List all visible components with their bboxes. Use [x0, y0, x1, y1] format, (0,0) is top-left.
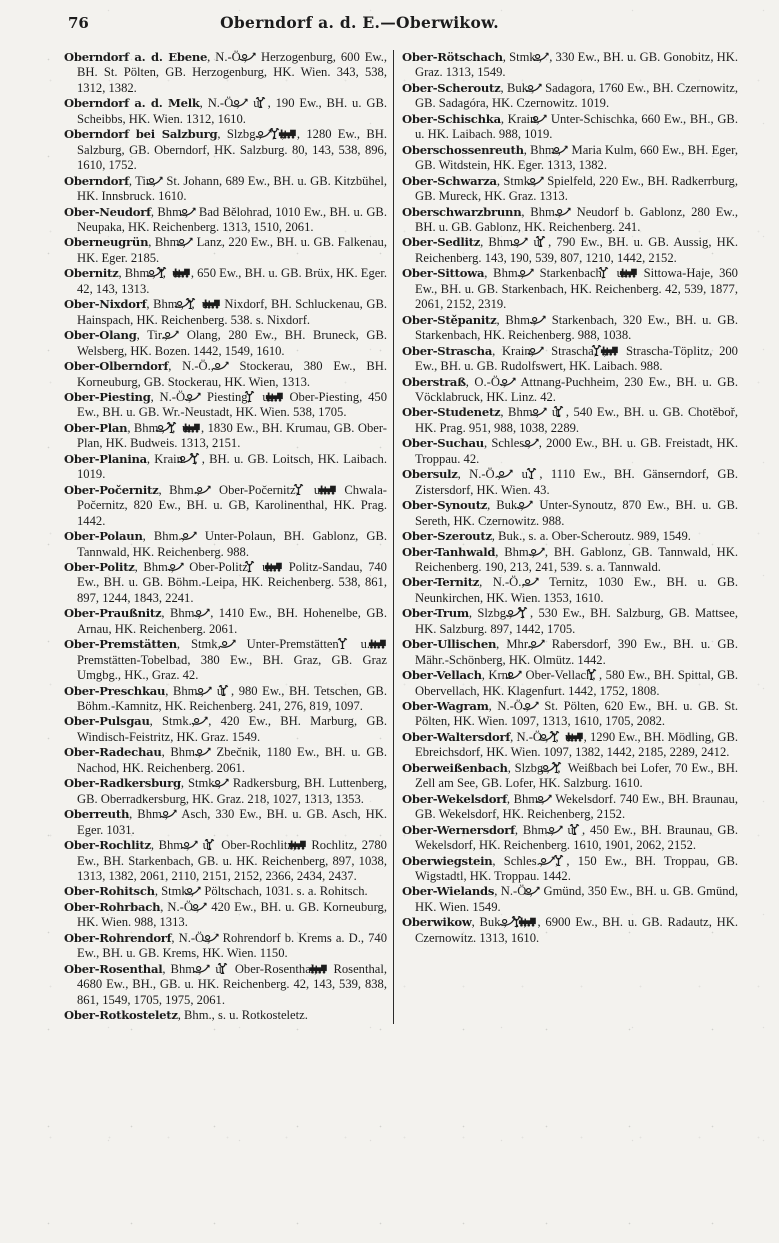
directory-entry: Ober-Vellach, Krnt. Ober-Vellach, , 580 …: [402, 668, 738, 699]
post-horn-icon: [225, 360, 229, 371]
post-horn-icon: [206, 963, 210, 974]
place-name: Oberndorf: [64, 174, 129, 188]
post-horn-icon: [189, 236, 193, 247]
directory-entry: Oberndorf a. d. Melk, N.-Ö., u. , 190 Ew…: [64, 96, 387, 127]
place-name: Ober-Schischka: [402, 112, 501, 126]
directory-entry: Oberweißenbach, Slzbg., , Weißbach bei L…: [402, 761, 738, 792]
place-name: Ober-Sittowa: [402, 266, 484, 280]
place-name: Oberschossenreuth: [402, 143, 524, 157]
place-name: Ober-Synoutz: [402, 498, 487, 512]
place-name: Ober-Tanhwald: [402, 545, 495, 559]
place-name: Ober-Radkersburg: [64, 776, 181, 790]
place-name: Ober-Ullischen: [402, 637, 496, 651]
place-name: Oberreuth: [64, 807, 129, 821]
post-horn-icon: [548, 793, 552, 804]
directory-entry: Ober-Sittowa, Bhm., Starkenbach, u. Sitt…: [402, 266, 738, 312]
place-name: Ober-Nixdorf: [64, 297, 146, 311]
directory-entry: Ober-Rotkosteletz, Bhm., s. u. Rotkostel…: [64, 1008, 387, 1023]
directory-entry: Ober-Olberndorf, N.-Ö., Stockerau, 380 E…: [64, 359, 387, 390]
directory-entry: Obernitz, Bhm., , u. , 650 Ew., BH. u. G…: [64, 266, 387, 297]
post-horn-icon: [512, 376, 516, 387]
place-name: Ober-Rohitsch: [64, 884, 155, 898]
place-name: Ober-Preschkau: [64, 684, 165, 698]
directory-entry: Oberneugrün, Bhm., Lanz, 220 Ew., BH. u.…: [64, 235, 387, 266]
directory-entry: Ober-Suchau, Schles., , 2000 Ew., BH. u.…: [402, 436, 738, 467]
place-name: Ober-Rötschach: [402, 50, 503, 64]
post-horn-icon: [180, 561, 184, 572]
place-name: Ober-Vellach: [402, 668, 482, 682]
place-name: Ober-Rosenthal: [64, 962, 162, 976]
directory-entry: Ober-Studenetz, Bhm., u. , 540 Ew., BH. …: [402, 405, 738, 436]
post-horn-icon: [208, 685, 212, 696]
directory-entry: Ober-Premstätten, Stmk, Unter-Premstätte…: [64, 637, 387, 683]
post-horn-icon: [535, 576, 539, 587]
post-horn-icon: [225, 777, 229, 788]
page-header: 76 Oberndorf a. d. E.—Oberwikow.: [0, 0, 779, 46]
directory-columns: Oberndorf a. d. Ebene, N.-Ö., Herzogenbu…: [0, 46, 779, 1024]
post-horn-icon: [232, 638, 236, 649]
directory-entry: Ober-Ullischen, Mhr., Rabersdorf, 390 Ew…: [402, 637, 738, 668]
directory-entry: Ober-Pulsgau, Stmk., , 420 Ew., BH. Marb…: [64, 714, 387, 745]
railway-station-icon: [578, 731, 584, 742]
place-name: Ober-Szeroutz: [402, 529, 492, 543]
post-horn-icon: [518, 669, 522, 680]
place-name: Ober-Trum: [402, 606, 469, 620]
post-horn-icon: [535, 700, 539, 711]
place-name: Oberneugrün: [64, 235, 148, 249]
place-name: Ober-Studenetz: [402, 405, 500, 419]
post-horn-icon: [559, 824, 563, 835]
place-name: Ober-Wekelsdorf: [402, 792, 507, 806]
directory-entry: Ober-Rötschach, Stmk., , 330 Ew., BH. u.…: [402, 50, 738, 81]
directory-entry: Ober-Praußnitz, Bhm., , 1410 Ew., BH. Ho…: [64, 606, 387, 637]
place-name: Oberndorf a. d. Melk: [64, 96, 200, 110]
directory-entry: Ober-Synoutz, Buk., Unter-Synoutz, 870 E…: [402, 498, 738, 529]
directory-entry: Ober-Waltersdorf, N.-Ö., , u. , 1290 Ew.…: [402, 730, 738, 761]
place-name: Ober-Wagram: [402, 699, 489, 713]
place-name: Ober-Premstätten: [64, 637, 177, 651]
railway-station-icon: [278, 391, 284, 402]
post-horn-icon: [529, 499, 533, 510]
place-name: Ober-Rohrendorf: [64, 931, 171, 945]
place-name: Oberwiegstein: [402, 854, 492, 868]
post-horn-icon: [541, 638, 545, 649]
post-horn-icon: [197, 391, 201, 402]
directory-entry: Ober-Planina, Krain. , , BH. u. GB. Loit…: [64, 452, 387, 483]
railway-station-icon: [381, 638, 387, 649]
railway-station-icon: [613, 345, 619, 356]
directory-entry: Ober-Schischka, Krain, Unter-Schischka, …: [402, 112, 738, 143]
right-column column-divider: Ober-Rötschach, Stmk., , 330 Ew., BH. u.…: [393, 50, 738, 1024]
post-horn-icon: [536, 885, 540, 896]
directory-entry: Obersulz, N.-Ö., u. , 1110 Ew., BH. Gäns…: [402, 467, 738, 498]
directory-entry: Ober-Nixdorf, Bhm., , u. Nixdorf, BH. Sc…: [64, 297, 387, 328]
place-name: Ober-Piesting: [64, 390, 151, 404]
directory-entry: Ober-Wagram, N.-Ö., St. Pölten, 620 Ew.,…: [402, 699, 738, 730]
place-name: Ober-Wernersdorf: [402, 823, 515, 837]
place-name: Oberstraß: [402, 375, 466, 389]
place-name: Ober-Strascha: [402, 344, 492, 358]
post-horn-icon: [159, 175, 163, 186]
place-name: Ober-Rotkosteletz: [64, 1008, 178, 1022]
place-name: Ober-Olang: [64, 328, 137, 342]
place-name: Ober-Schwarza: [402, 174, 497, 188]
directory-entry: Ober-Tanhwald, Bhm., , BH. Gablonz, GB. …: [402, 545, 738, 576]
post-horn-icon: [538, 82, 542, 93]
post-horn-icon: [215, 932, 219, 943]
directory-entry: Oberndorf, Tir., St. Johann, 689 Ew., BH…: [64, 174, 387, 205]
post-horn-icon: [564, 144, 568, 155]
post-horn-icon: [203, 901, 207, 912]
post-horn-icon: [207, 484, 211, 495]
place-name: Ober-Politz: [64, 560, 135, 574]
directory-entry: Ober-Ternitz, N.-Ö., Ternitz, 1030 Ew., …: [402, 575, 738, 606]
railway-station-icon: [322, 963, 328, 974]
post-horn-icon: [509, 468, 513, 479]
directory-entry: Ober-Politz, Bhm., Ober-Politz, u. Polit…: [64, 560, 387, 606]
post-horn-icon: [535, 437, 539, 448]
post-horn-icon: [524, 236, 528, 247]
post-horn-icon: [530, 267, 534, 278]
directory-entry: Ober-Radkersburg, Stmk., Radkersburg, BH…: [64, 776, 387, 807]
post-horn-icon: [204, 715, 208, 726]
directory-entry: Ober-Neudorf, Bhm., Bad Bělohrad, 1010 E…: [64, 205, 387, 236]
directory-entry: Ober-Schwarza, Stmk., Spielfeld, 220 Ew.…: [402, 174, 738, 205]
railway-station-icon: [195, 422, 201, 433]
directory-entry: Ober-Rohrbach, N.-Ö., 420 Ew., BH. u. GB…: [64, 900, 387, 931]
directory-entry: Ober-Wernersdorf, Bhm., u. , 450 Ew., BH…: [402, 823, 738, 854]
directory-entry: Oberndorf bei Salzburg, Slzbg., , , , 12…: [64, 127, 387, 173]
directory-entry: Ober-Piesting, N.-Ö., Piesting, u. Ober-…: [64, 390, 387, 421]
post-horn-icon: [192, 206, 196, 217]
railway-station-icon: [215, 298, 221, 309]
directory-entry: Ober-Počernitz, Bhm., Ober-Počernitz, u.…: [64, 483, 387, 529]
directory-entry: Ober-Rosenthal, Bhm., u. Ober-Rosenthal,…: [64, 962, 387, 1008]
place-name: Ober-Polaun: [64, 529, 143, 543]
place-name: Ober-Wielands: [402, 884, 494, 898]
gazetteer-page: 76 Oberndorf a. d. E.—Oberwikow. Oberndo…: [0, 0, 779, 1243]
place-name: Ober-Rochlitz: [64, 838, 151, 852]
directory-entry: Ober-Stěpanitz, Bhm., Starkenbach, 320 E…: [402, 313, 738, 344]
post-horn-icon: [567, 206, 571, 217]
post-horn-icon: [543, 113, 547, 124]
page-title: Oberndorf a. d. E.—Oberwikow.: [0, 13, 719, 32]
directory-entry: Oberschossenreuth, Bhm., Maria Kulm, 660…: [402, 143, 738, 174]
place-name: Ober-Planina: [64, 452, 147, 466]
directory-entry: Oberndorf a. d. Ebene, N.-Ö., Herzogenbu…: [64, 50, 387, 96]
post-horn-icon: [540, 175, 544, 186]
place-name: Oberndorf bei Salzburg: [64, 127, 217, 141]
directory-entry: Ober-Plan, Bhm., , u. , 1830 Ew., BH. Kr…: [64, 421, 387, 452]
left-column: Oberndorf a. d. Ebene, N.-Ö., Herzogenbu…: [64, 50, 393, 1024]
directory-entry: Ober-Preschkau, Bhm., u. , 980 Ew., BH. …: [64, 684, 387, 715]
place-name: Ober-Plan: [64, 421, 127, 435]
directory-entry: Ober-Radechau, Bhm., Zbečnik, 1180 Ew., …: [64, 745, 387, 776]
directory-entry: Ober-Szeroutz, Buk., s. a. Ober-Scherout…: [402, 529, 738, 544]
post-horn-icon: [194, 839, 198, 850]
directory-entry: Oberwiegstein, Schles., , , 150 Ew., BH.…: [402, 854, 738, 885]
directory-entry: Oberreuth, Bhm., Asch, 330 Ew., BH. u. G…: [64, 807, 387, 838]
place-name: Ober-Neudorf: [64, 205, 151, 219]
post-horn-icon: [206, 607, 210, 618]
place-name: Obersulz: [402, 467, 458, 481]
railway-station-icon: [301, 839, 307, 850]
directory-entry: Ober-Strascha, Krain, Strascha, , Strasc…: [402, 344, 738, 375]
post-horn-icon: [244, 97, 248, 108]
place-name: Oberndorf a. d. Ebene: [64, 50, 207, 64]
directory-entry: Ober-Sedlitz, Bhm., u. , 790 Ew., BH. u.…: [402, 235, 738, 266]
place-name: Oberweißenbach: [402, 761, 508, 775]
place-name: Oberwikow: [402, 915, 472, 929]
railway-station-icon: [531, 916, 537, 927]
directory-entry: Oberschwarzbrunn, Bhm., Neudorf b. Gablo…: [402, 205, 738, 236]
directory-entry: Ober-Rochlitz, Bhm., u. Ober-Rochlitz, R…: [64, 838, 387, 884]
place-name: Ober-Počernitz: [64, 483, 158, 497]
post-horn-icon: [175, 329, 179, 340]
post-horn-icon: [173, 808, 177, 819]
place-name: Ober-Ternitz: [402, 575, 479, 589]
place-name: Ober-Radechau: [64, 745, 162, 759]
railway-station-icon: [632, 267, 638, 278]
directory-entry: Oberstraß, O.-Ö., Attnang-Puchheim, 230 …: [402, 375, 738, 406]
post-horn-icon: [252, 51, 256, 62]
post-horn-icon: [542, 314, 546, 325]
directory-entry: Ober-Rohrendorf, N.-Ö., Rohrendorf b. Kr…: [64, 931, 387, 962]
directory-entry: Ober-Wekelsdorf, Bhm., Wekelsdorf. 740 E…: [402, 792, 738, 823]
place-name: Oberschwarzbrunn: [402, 205, 521, 219]
post-horn-icon: [193, 530, 197, 541]
post-horn-icon: [543, 406, 547, 417]
post-horn-icon: [207, 746, 211, 757]
post-horn-icon: [197, 885, 201, 896]
directory-entry: Ober-Rohitsch, Stmk., Pöltschach, 1031. …: [64, 884, 387, 899]
directory-entry: Oberwikow, Buk., , , , 6900 Ew., BH. u. …: [402, 915, 738, 946]
railway-station-icon: [331, 484, 337, 495]
railway-station-icon: [185, 267, 191, 278]
place-name: Ober-Waltersdorf: [402, 730, 510, 744]
post-horn-icon: [541, 546, 545, 557]
place-name: Ober-Scheroutz: [402, 81, 500, 95]
post-horn-icon: [540, 345, 544, 356]
directory-entry: Ober-Wielands, N.-Ö., Gmünd, 350 Ew., BH…: [402, 884, 738, 915]
directory-entry: Ober-Olang, Tir., Olang, 280 Ew., BH. Br…: [64, 328, 387, 359]
place-name: Ober-Rohrbach: [64, 900, 160, 914]
place-name: Ober-Suchau: [402, 436, 484, 450]
place-name: Ober-Pulsgau: [64, 714, 150, 728]
place-name: Ober-Olberndorf: [64, 359, 168, 373]
railway-station-icon: [277, 561, 283, 572]
directory-entry: Ober-Scheroutz, Buk., Sadagora, 1760 Ew.…: [402, 81, 738, 112]
railway-station-icon: [291, 128, 297, 139]
place-name: Ober-Sedlitz: [402, 235, 480, 249]
directory-entry: Ober-Trum, Slzbg., , , 530 Ew., BH. Salz…: [402, 606, 738, 637]
place-name: Obernitz: [64, 266, 118, 280]
directory-entry: Ober-Polaun, Bhm., Unter-Polaun, BH. Gab…: [64, 529, 387, 560]
place-name: Ober-Stěpanitz: [402, 313, 497, 327]
post-horn-icon: [545, 51, 549, 62]
place-name: Ober-Praußnitz: [64, 606, 161, 620]
